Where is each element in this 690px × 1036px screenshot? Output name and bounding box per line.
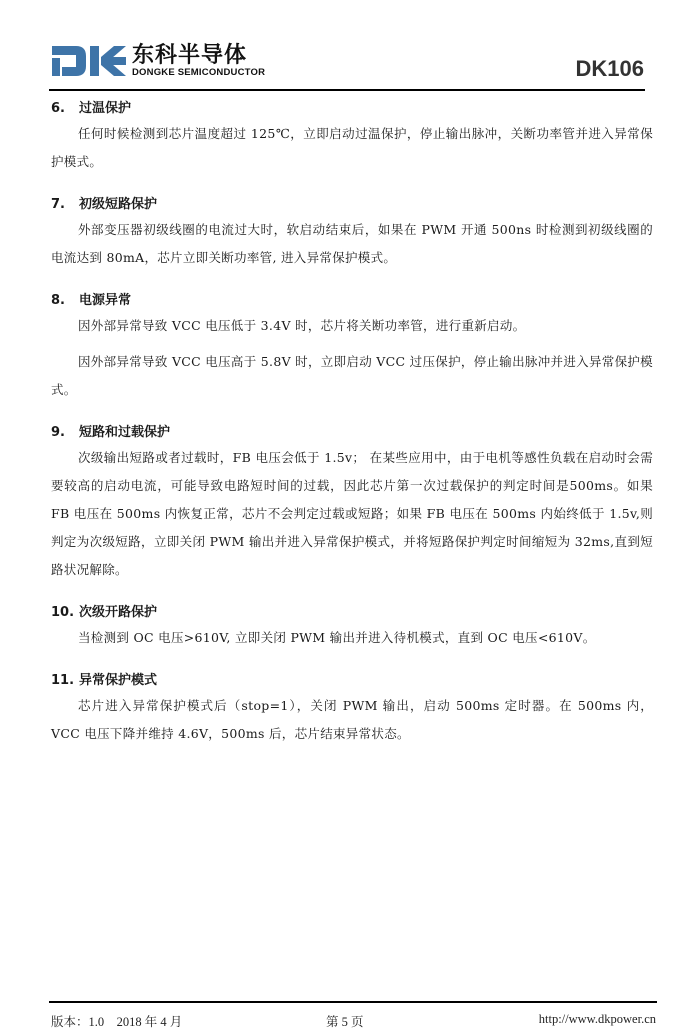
section-paragraph: 次级输出短路或者过载时，FB 电压会低于 1.5v； 在某些应用中，由于电机等感… [51, 444, 653, 584]
website-url: http://www.dkpower.cn [539, 1012, 656, 1027]
section-paragraph: 因外部异常导致 VCC 电压高于 5.8V 时，立即启动 VCC 过压保护，停止… [51, 348, 653, 404]
section-title: 短路和过载保护 [79, 422, 170, 444]
section-number: 9. [51, 422, 79, 444]
section-paragraph: 任何时候检测到芯片温度超过 125℃，立即启动过温保护，停止输出脉冲，关断功率管… [51, 120, 653, 176]
document-id: DK106 [576, 56, 644, 82]
section-number: 7. [51, 194, 79, 216]
company-logo: 东科半导体 DONGKE SEMICONDUCTOR [52, 44, 265, 78]
header-divider [49, 89, 645, 91]
section-short-and-overload: 9. 短路和过载保护 次级输出短路或者过载时，FB 电压会低于 1.5v； 在某… [51, 422, 653, 584]
logo-k-icon [90, 46, 126, 76]
section-heading: 8. 电源异常 [51, 290, 653, 312]
section-heading: 10. 次级开路保护 [51, 602, 653, 624]
footer-divider [49, 1001, 657, 1003]
section-title: 初级短路保护 [79, 194, 157, 216]
section-number: 11. [51, 670, 79, 692]
section-power-abnormal: 8. 电源异常 因外部异常导致 VCC 电压低于 3.4V 时，芯片将关断功率管… [51, 290, 653, 404]
section-heading: 6. 过温保护 [51, 98, 653, 120]
section-paragraph: 当检测到 OC 电压>610V, 立即关闭 PWM 输出并进入待机模式，直到 O… [51, 624, 653, 652]
section-number: 6. [51, 98, 79, 120]
document-body: 6. 过温保护 任何时候检测到芯片温度超过 125℃，立即启动过温保护，停止输出… [51, 98, 653, 748]
section-primary-short-circuit: 7. 初级短路保护 外部变压器初级线圈的电流过大时，软启动结束后，如果在 PWM… [51, 194, 653, 272]
section-secondary-open-circuit: 10. 次级开路保护 当检测到 OC 电压>610V, 立即关闭 PWM 输出并… [51, 602, 653, 652]
section-paragraph: 芯片进入异常保护模式后（stop=1），关闭 PWM 输出，启动 500ms 定… [51, 692, 653, 748]
section-abnormal-protection-mode: 11. 异常保护模式 芯片进入异常保护模式后（stop=1），关闭 PWM 输出… [51, 670, 653, 748]
section-paragraph: 外部变压器初级线圈的电流过大时，软启动结束后，如果在 PWM 开通 500ns … [51, 216, 653, 272]
section-heading: 7. 初级短路保护 [51, 194, 653, 216]
section-title: 次级开路保护 [79, 602, 157, 624]
section-number: 10. [51, 602, 79, 624]
section-title: 异常保护模式 [79, 670, 157, 692]
section-over-temperature: 6. 过温保护 任何时候检测到芯片温度超过 125℃，立即启动过温保护，停止输出… [51, 98, 653, 176]
section-title: 电源异常 [79, 290, 131, 312]
section-number: 8. [51, 290, 79, 312]
page-number: 第 5 页 [326, 1012, 364, 1030]
logo-english-name: DONGKE SEMICONDUCTOR [132, 67, 265, 78]
version-date: 版本：1.0 2018 年 4 月 [51, 1012, 182, 1030]
logo-d-icon [52, 46, 86, 76]
section-paragraph: 因外部异常导致 VCC 电压低于 3.4V 时，芯片将关断功率管，进行重新启动。 [51, 312, 653, 340]
section-heading: 9. 短路和过载保护 [51, 422, 653, 444]
dk-logo-mark [52, 45, 126, 77]
section-title: 过温保护 [79, 98, 131, 120]
section-heading: 11. 异常保护模式 [51, 670, 653, 692]
logo-chinese-name: 东科半导体 [132, 45, 265, 67]
